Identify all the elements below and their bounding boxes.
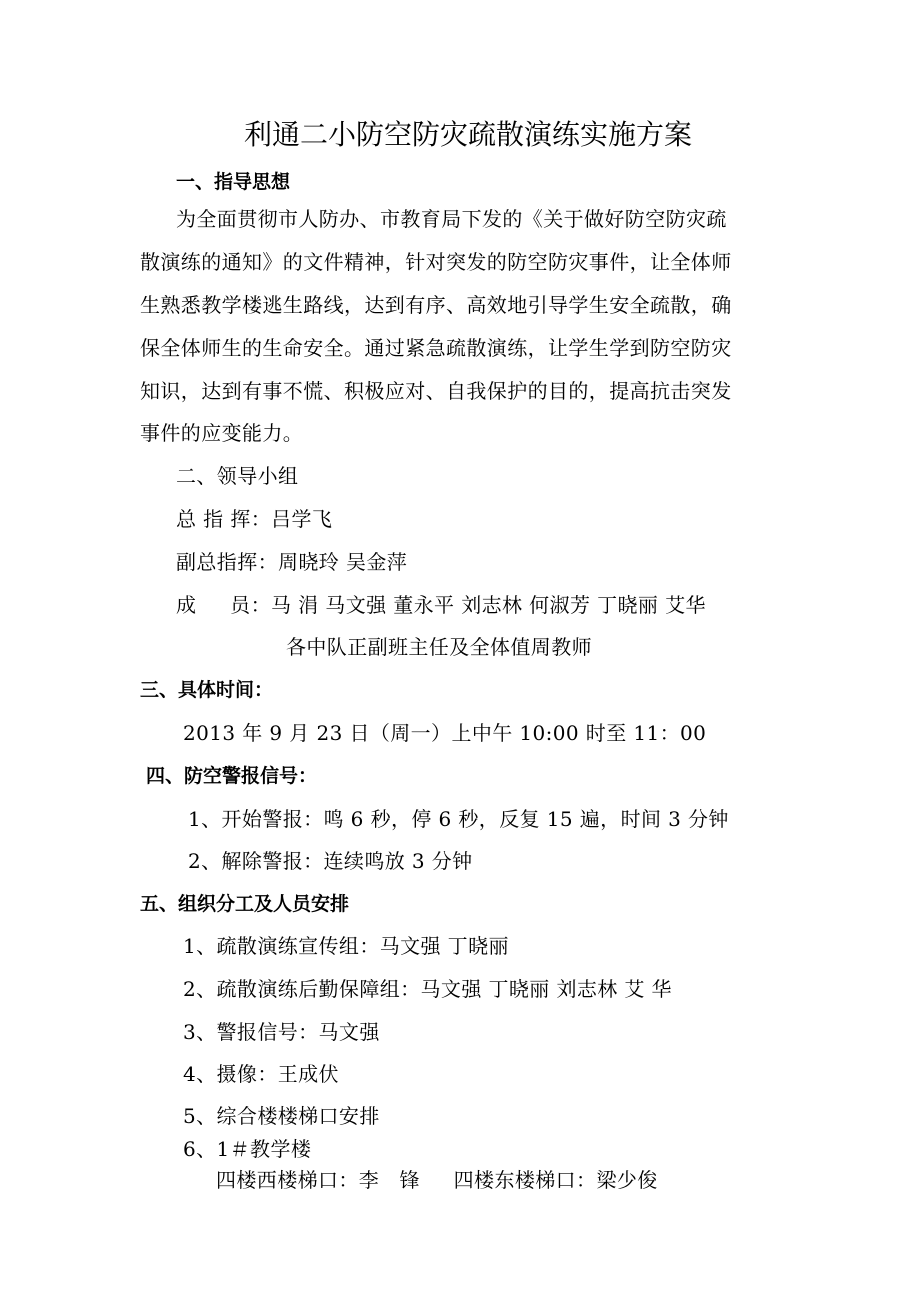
members-line: 成 员：马 涓 马文强 董永平 刘志林 何淑芳 丁晓丽 艾华 bbox=[176, 593, 706, 617]
organization-item: 6、1＃教学楼 bbox=[183, 1137, 311, 1161]
paragraph-line: 保全体师生的生命安全。通过紧急疏散演练，让学生学到防空防灾 bbox=[140, 336, 732, 360]
section-heading-organization: 五、组织分工及人员安排 bbox=[140, 892, 349, 916]
paragraph-line: 生熟悉教学楼逃生路线，达到有序、高效地引导学生安全疏散，确 bbox=[140, 293, 732, 317]
organization-item: 2、疏散演练后勤保障组：马文强 丁晓丽 刘志林 艾 华 bbox=[183, 977, 672, 1001]
organization-item: 4、摄像：王成伏 bbox=[183, 1062, 339, 1086]
section-heading-leadership-group: 二、领导小组 bbox=[176, 464, 298, 488]
vice-commander-line: 副总指挥：周晓玲 吴金萍 bbox=[176, 550, 407, 574]
members-line-continued: 各中队正副班主任及全体值周教师 bbox=[286, 635, 592, 659]
alarm-item: 1、开始警报：鸣 6 秒，停 6 秒，反复 15 遍，时间 3 分钟 bbox=[188, 807, 729, 831]
document-title: 利通二小防空防灾疏散演练实施方案 bbox=[244, 118, 692, 152]
paragraph-line: 为全面贯彻市人防办、市教育局下发的《关于做好防空防灾疏 bbox=[176, 207, 727, 231]
time-line: 2013 年 9 月 23 日（周一）上中午 10:00 时至 11：00 bbox=[183, 721, 706, 745]
paragraph-line: 散演练的通知》的文件精神，针对突发的防空防灾事件，让全体师 bbox=[140, 250, 732, 274]
organization-item: 5、综合楼楼梯口安排 bbox=[183, 1104, 380, 1128]
section-heading-guiding-ideology: 一、指导思想 bbox=[176, 170, 290, 194]
section-heading-alarm-signals: 四、防空警报信号： bbox=[146, 764, 317, 788]
stairs-assignment-line: 四楼西楼梯口：李 锋 四楼东楼梯口：梁少俊 bbox=[216, 1168, 658, 1192]
document-page: 利通二小防空防灾疏散演练实施方案 一、指导思想 为全面贯彻市人防办、市教育局下发… bbox=[0, 0, 920, 1302]
paragraph-line: 事件的应变能力。 bbox=[140, 421, 303, 445]
organization-item: 3、警报信号：马文强 bbox=[183, 1020, 380, 1044]
organization-item: 1、疏散演练宣传组：马文强 丁晓丽 bbox=[183, 934, 509, 958]
alarm-item: 2、解除警报：连续鸣放 3 分钟 bbox=[188, 849, 473, 873]
paragraph-line: 知识，达到有事不慌、积极应对、自我保护的目的，提高抗击突发 bbox=[140, 379, 732, 403]
commander-line: 总 指 挥：吕学飞 bbox=[176, 507, 332, 531]
section-heading-specific-time: 三、具体时间： bbox=[140, 678, 273, 702]
